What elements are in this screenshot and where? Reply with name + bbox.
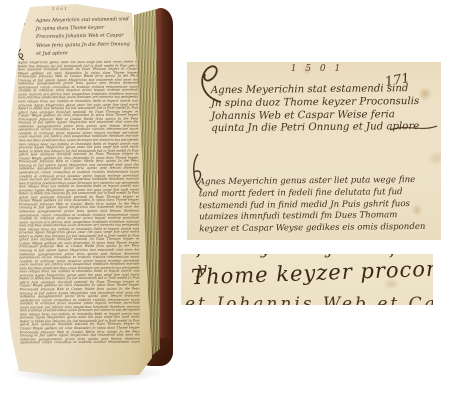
book-page: 1501 171 Agnes Meyerichin stat estamendi… <box>6 4 156 380</box>
paraph-flourish-icon <box>14 10 28 26</box>
page-date-heading: 1501 <box>52 6 69 11</box>
detail-crop-top: 1 5 0 1 171 Agnes Meyerichin stat estame… <box>187 62 441 240</box>
detail-crop-bottom: ſ y j ſ y Thome keyzer proconsulis et Jo… <box>181 254 433 305</box>
book-page-body-text: Agnes Meyerichin genus aster liet puta w… <box>18 61 140 345</box>
detail-paragraph-2: Agnes Meyerichin genus aster liet puta w… <box>199 175 440 236</box>
manuscript-line: Jn spina duoz Thome keyzer Proconsulis <box>211 96 435 111</box>
manuscript-photo: 1501 171 Agnes Meyerichin stat estamendi… <box>0 0 450 393</box>
page-header-text: Agnes Meyerichin stat estamendi sind Jn … <box>36 16 135 59</box>
pen-flourish-line-icon <box>390 122 438 134</box>
paraph-mark-icon <box>16 48 26 62</box>
manuscript-book: 1501 171 Agnes Meyerichin stat estamendi… <box>0 0 185 393</box>
detail-date-heading: 1 5 0 1 <box>257 64 377 74</box>
manuscript-line: keyzer et Caspar Weyse gedikes eis omis … <box>199 222 439 236</box>
cropped-ascenders-text: et Johannis Web et Caspar Weise <box>185 294 433 305</box>
